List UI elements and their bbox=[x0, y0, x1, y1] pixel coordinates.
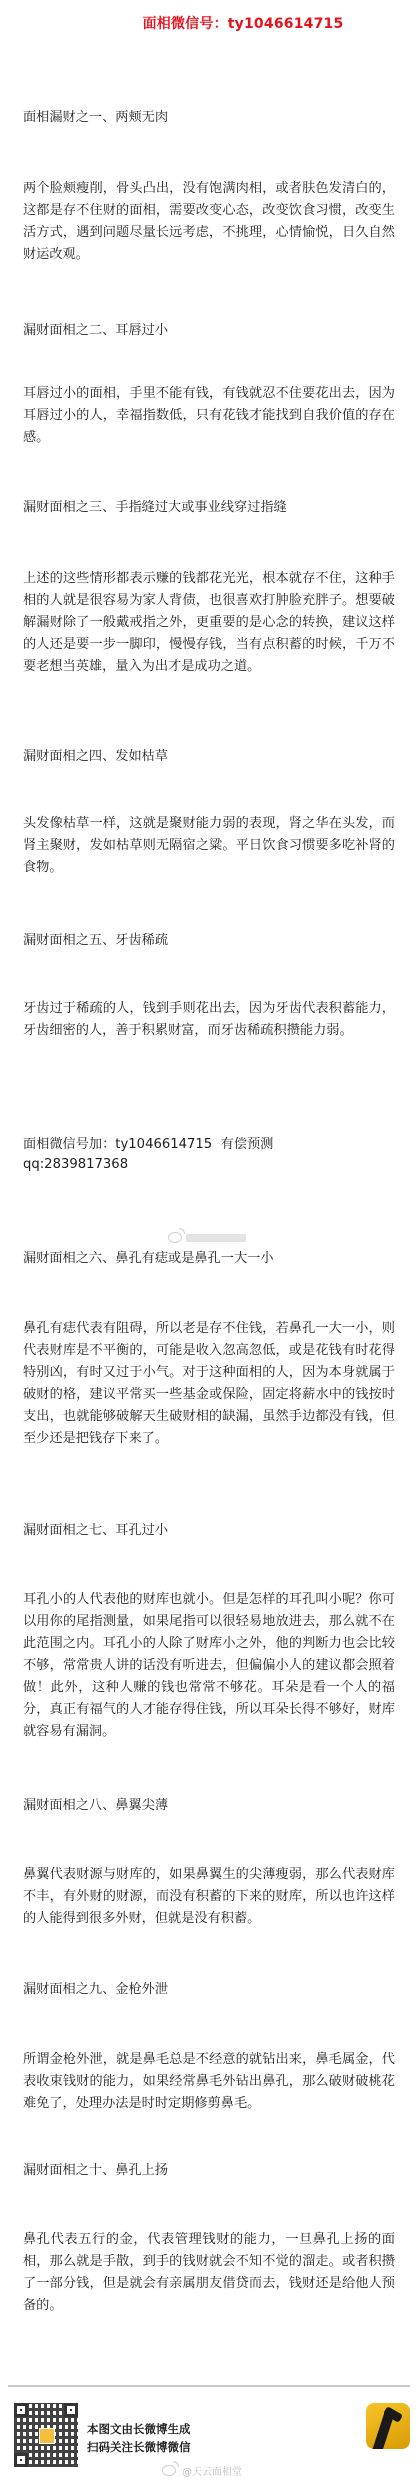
footer-caption: 本图文由长微博生成 扫码关注长微博微信 bbox=[87, 2420, 191, 2456]
watermark-text bbox=[186, 1234, 246, 1242]
section-heading: 漏财面相之八、鼻翼尖薄 bbox=[23, 1795, 395, 1817]
section-body: 两个脸颊瘦削，骨头凸出，没有饱满肉相，或者肤色发清白的，这都是存不住财的面相，需… bbox=[23, 178, 395, 266]
weibo-watermark bbox=[168, 1232, 246, 1243]
section-heading: 漏财面相之六、鼻孔有痣或是鼻孔一大一小 bbox=[23, 1248, 395, 1270]
section-body: 鼻孔有痣代表有阻碍，所以老是存不住钱，若鼻孔一大一小，则代表财库是不平衡的，可能… bbox=[23, 1318, 395, 1450]
section-body: 鼻翼代表财源与财库的，如果鼻翼生的尖薄瘦弱，那么代表财库不丰，有外财的财源，而没… bbox=[23, 1864, 395, 1930]
section-body: 耳唇过小的面相，手里不能有钱，有钱就忍不住要花出去，因为耳唇过小的人，幸福指数低… bbox=[23, 383, 395, 449]
section-body: 所谓金枪外泄，就是鼻毛总是不经意的就钻出来，鼻毛属金，代表收束钱财的能力，如果经… bbox=[23, 2049, 395, 2115]
contact-qq: qq:2839817368 bbox=[23, 1155, 395, 1175]
section-body: 牙齿过于稀疏的人，钱到手则花出去，因为牙齿代表积蓄能力，牙齿细密的人，善于积累财… bbox=[23, 998, 395, 1042]
section-heading: 面相漏财之一、两颊无肉 bbox=[23, 107, 395, 129]
section-heading: 漏财面相之十、鼻孔上扬 bbox=[23, 2160, 395, 2182]
qr-finder bbox=[14, 2453, 28, 2467]
qr-code-icon[interactable] bbox=[14, 2403, 78, 2467]
section-body: 上述的这些情形都表示赚的钱都花光光，根本就存不住，这种手相的人就是很容易为家人背… bbox=[23, 568, 395, 678]
contact-info: 面相微信号加：ty1046614715 有偿预测 qq:2839817368 bbox=[23, 1135, 395, 1175]
footer-divider bbox=[8, 2385, 410, 2387]
footer-line-1: 本图文由长微博生成 bbox=[87, 2420, 191, 2438]
section-body: 头发像枯草一样，这就是聚财能力弱的表现，肾之华在头发，而肾主聚财，发如枯草则无隔… bbox=[23, 813, 395, 879]
footer-watermark: @天云面相堂 bbox=[162, 2463, 242, 2478]
giraffe-logo-icon bbox=[366, 2403, 410, 2449]
section-heading: 漏财面相之二、耳唇过小 bbox=[23, 320, 395, 342]
page-title: 面相微信号：ty1046614715 bbox=[0, 13, 418, 33]
qr-finder bbox=[64, 2403, 78, 2417]
section-heading: 漏财面相之四、发如枯草 bbox=[23, 746, 395, 768]
contact-wechat: 面相微信号加：ty1046614715 有偿预测 bbox=[23, 1135, 395, 1155]
section-heading: 漏财面相之七、耳孔过小 bbox=[23, 1520, 395, 1542]
weibo-icon bbox=[168, 1232, 182, 1243]
qr-center-logo bbox=[39, 2428, 55, 2444]
section-heading: 漏财面相之九、金枪外泄 bbox=[23, 1979, 395, 2001]
qr-finder bbox=[14, 2403, 28, 2417]
weibo-icon bbox=[162, 2465, 176, 2476]
section-body: 鼻孔代表五行的金，代表管理钱财的能力，一旦鼻孔上扬的面相，那么就是手散，到手的钱… bbox=[23, 2229, 395, 2317]
section-heading: 漏财面相之三、手指缝过大或事业线穿过指缝 bbox=[23, 497, 395, 519]
section-heading: 漏财面相之五、牙齿稀疏 bbox=[23, 930, 395, 952]
footer-line-2: 扫码关注长微博微信 bbox=[87, 2438, 191, 2456]
watermark-handle: @天云面相堂 bbox=[182, 2463, 242, 2478]
section-body: 耳孔小的人代表他的财库也就小。但是怎样的耳孔叫小呢？你可以用你的尾指测量，如果尾… bbox=[23, 1589, 395, 1743]
